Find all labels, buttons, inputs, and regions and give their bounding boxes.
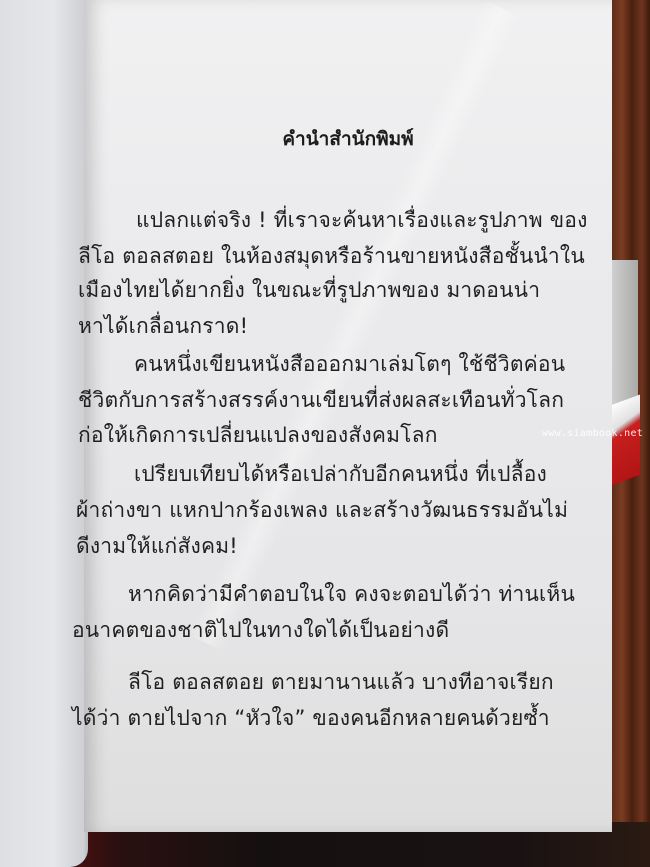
background-cloth <box>612 260 638 410</box>
text-line: เปรียบเทียบได้หรือเปล่ากับอีกคนหนึ่ง ที่… <box>134 458 547 491</box>
watermark: www.siambook.net <box>542 428 643 439</box>
text-line: แปลกแต่จริง ! ที่เราจะค้นหาเรื่องและรูปภ… <box>136 204 588 237</box>
right-page: คำนำสำนักพิมพ์ แปลกแต่จริง ! ที่เราจะค้น… <box>84 0 612 832</box>
left-page <box>0 0 88 867</box>
text-line: หาได้เกลื่อนกราด! <box>78 310 248 343</box>
text-line: ผ้าถ่างขา แหกปากร้องเพลง และสร้างวัฒนธรร… <box>76 494 568 527</box>
text-line: ดีงามให้แก่สังคม! <box>76 530 238 563</box>
red-book-cover-edge <box>610 395 640 486</box>
text-line: ลีโอ ตอลสตอย ในห้องสมุดหรือร้านขายหนังสื… <box>78 240 585 273</box>
text-line: ชีวิตกับการสร้างสรรค์งานเขียนที่ส่งผลสะเ… <box>78 384 564 417</box>
text-line: เมืองไทยได้ยากยิ่ง ในขณะที่รูปภาพของ มาด… <box>78 274 540 307</box>
text-line: อนาคตของชาติไปในทางใดได้เป็นอย่างดี <box>72 614 449 647</box>
text-line: คนหนึ่งเขียนหนังสือออกมาเล่มโตๆ ใช้ชีวิต… <box>134 348 565 381</box>
text-line: ลีโอ ตอลสตอย ตายมานานแล้ว บางทีอาจเรียก <box>128 666 554 699</box>
page-text-block: คำนำสำนักพิมพ์ แปลกแต่จริง ! ที่เราจะค้น… <box>84 0 612 832</box>
text-line: ได้ว่า ตายไปจาก “หัวใจ” ของคนอีกหลายคนด้… <box>72 702 550 735</box>
page-title: คำนำสำนักพิมพ์ <box>84 124 612 154</box>
text-line: ก่อให้เกิดการเปลี่ยนแปลงของสังคมโลก <box>78 419 438 452</box>
text-line: หากคิดว่ามีคำตอบในใจ คงจะตอบได้ว่า ท่านเ… <box>128 578 575 611</box>
